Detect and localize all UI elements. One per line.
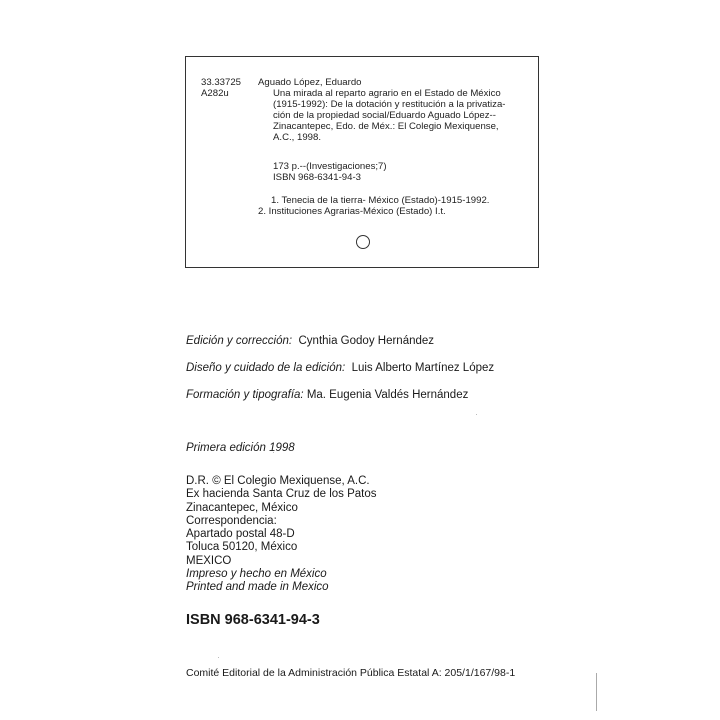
imprint-line: Ex hacienda Santa Cruz de los Patos	[186, 488, 377, 501]
imprint-line: Apartado postal 48-D	[186, 528, 377, 541]
card-title-line: (1915-1992): De la dotación y restitució…	[273, 99, 506, 110]
scan-speck	[218, 657, 219, 658]
card-hole-circle-icon	[356, 235, 370, 249]
credit-design: Diseño y cuidado de la edición: Luis Alb…	[186, 362, 494, 374]
imprint-line: Toluca 50120, México	[186, 541, 377, 554]
credit-name: Cynthia Godoy Hernández	[299, 335, 435, 347]
card-title-line: ción de la propiedad social/Eduardo Agua…	[273, 110, 506, 121]
credit-role: Diseño y cuidado de la edición:	[186, 362, 345, 374]
imprint-line: Zinacantepec, México	[186, 502, 377, 515]
imprint-line: MEXICO	[186, 555, 377, 568]
catalog-card: 33.33725 A282u Aguado López, Eduardo Una…	[185, 56, 539, 268]
card-physical: 173 p.--(Investigaciones;7) ISBN 968-634…	[273, 161, 387, 183]
card-pages: 173 p.--(Investigaciones;7)	[273, 161, 387, 172]
imprint-line: Correspondencia:	[186, 515, 377, 528]
imprint-line-italic: Impreso y hecho en México	[186, 568, 377, 581]
first-edition: Primera edición 1998	[186, 442, 295, 454]
call-number-line: 33.33725	[201, 77, 241, 88]
call-number-line: A282u	[201, 88, 241, 99]
isbn: ISBN 968-6341-94-3	[186, 612, 320, 628]
imprint-block: D.R. © El Colegio Mexiquense, A.C. Ex ha…	[186, 475, 377, 595]
scan-speck	[476, 414, 477, 415]
credit-name: Ma. Eugenia Valdés Hernández	[307, 389, 469, 401]
credit-name: Luis Alberto Martínez López	[352, 362, 495, 374]
card-title-line: Zinacantepec, Edo. de Méx.: El Colegio M…	[273, 121, 506, 132]
imprint-line: D.R. © El Colegio Mexiquense, A.C.	[186, 475, 377, 488]
card-title-line: A.C., 1998.	[273, 132, 506, 143]
imprint-line-italic: Printed and made in Mexico	[186, 581, 377, 594]
credit-editing: Edición y corrección: Cynthia Godoy Hern…	[186, 335, 434, 347]
scan-speck	[273, 452, 274, 453]
credit-typesetting: Formación y tipografía: Ma. Eugenia Vald…	[186, 389, 468, 401]
card-title-line: Una mirada al reparto agrario en el Esta…	[273, 88, 506, 99]
card-title: Una mirada al reparto agrario en el Esta…	[273, 88, 506, 143]
card-subject: 2. Instituciones Agrarias-México (Estado…	[258, 206, 446, 217]
card-isbn: ISBN 968-6341-94-3	[273, 172, 387, 183]
call-number: 33.33725 A282u	[201, 77, 241, 99]
credit-role: Edición y corrección:	[186, 335, 292, 347]
card-author: Aguado López, Eduardo	[258, 77, 361, 88]
card-subject: 1. Tenecia de la tierra- México (Estado)…	[271, 195, 489, 206]
scan-edge-line	[596, 673, 597, 711]
committee-note: Comité Editorial de la Administración Pú…	[186, 667, 515, 679]
credit-role: Formación y tipografía:	[186, 389, 304, 401]
